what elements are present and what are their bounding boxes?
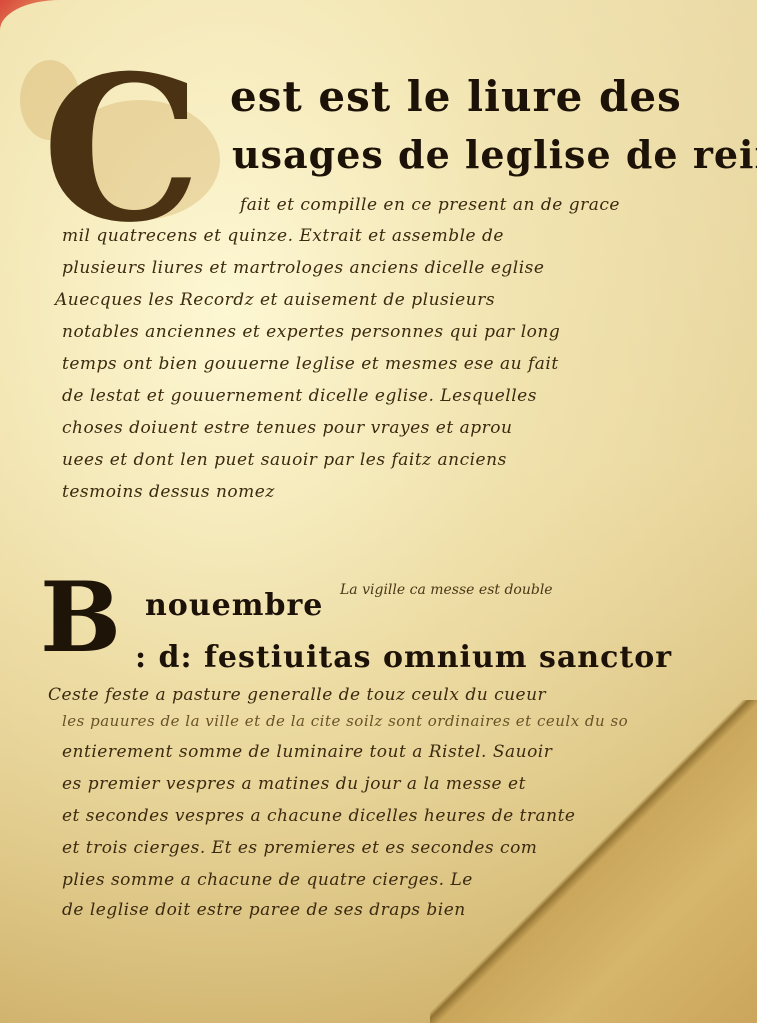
title-line: usages de leglise de reim: [232, 132, 757, 177]
text-line: plies somme a chacune de quatre cierges.… [62, 870, 473, 890]
decorated-initial-c: C [42, 80, 232, 245]
text-line: tesmoins dessus nomez [62, 482, 275, 502]
text-line: de lestat et gouuernement dicelle eglise… [62, 386, 537, 406]
decorated-initial-b: B [40, 570, 135, 670]
text-line: les pauures de la ville et de la cite so… [62, 712, 628, 730]
title-line: est est le liure des [230, 72, 682, 121]
text-line: de leglise doit estre paree de ses draps… [62, 900, 466, 920]
text-line: choses doiuent estre tenues pour vrayes … [62, 418, 512, 438]
text-line: uees et dont len puet sauoir par les fai… [62, 450, 507, 470]
title-line: : d: festiuitas omnium sanctor [135, 640, 672, 675]
marginal-note: La vigille ca messe est double [340, 582, 553, 598]
text-line: entierement somme de luminaire tout a Ri… [62, 742, 552, 762]
text-line: et secondes vespres a chacune dicelles h… [62, 806, 576, 826]
text-line: fait et compille en ce present an de gra… [240, 195, 620, 215]
text-line: plusieurs liures et martrologes anciens … [62, 258, 544, 278]
text-line: es premier vespres a matines du jour a l… [62, 774, 526, 794]
initial-letter: C [42, 50, 201, 250]
text-line: Ceste feste a pasture generalle de touz … [48, 685, 546, 705]
title-line: nouembre [145, 588, 323, 623]
initial-letter: B [40, 570, 121, 666]
text-line: mil quatrecens et quinze. Extrait et ass… [62, 226, 504, 246]
manuscript-page: C est est le liure des usages de leglise… [0, 0, 757, 1023]
text-line: temps ont bien gouuerne leglise et mesme… [62, 354, 559, 374]
text-line: notables anciennes et expertes personnes… [62, 322, 560, 342]
text-line: et trois cierges. Et es premieres et es … [62, 838, 537, 858]
text-line: Auecques les Recordz et auisement de plu… [55, 290, 495, 310]
